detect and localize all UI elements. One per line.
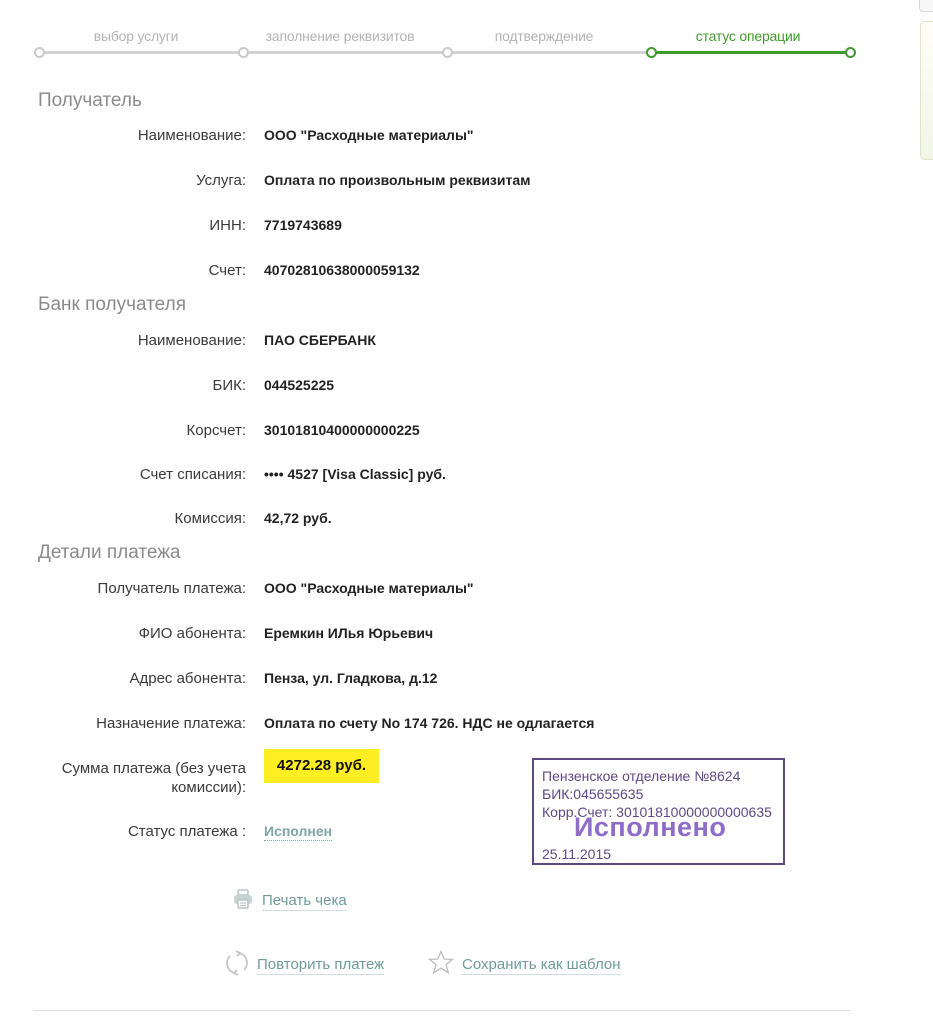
row-label: Наименование: <box>138 332 246 349</box>
detail-row: ИНН: 7719743689 <box>0 217 900 237</box>
row-value: Оплата по счету No 174 726. НДС не одлаг… <box>264 715 594 731</box>
row-label: Получатель платежа: <box>98 580 246 597</box>
step-dot <box>442 47 453 58</box>
amount-value: 4272.28 руб. <box>264 749 379 783</box>
step-label: статус операции <box>646 28 850 44</box>
stamp-executed: Исполнено <box>574 812 726 842</box>
row-value: 044525225 <box>264 377 334 393</box>
section-title-bank: Банк получателя <box>38 294 186 316</box>
status-link[interactable]: Исполнен <box>264 823 332 841</box>
row-value: 42,72 руб. <box>264 510 332 526</box>
row-value: 30101810400000000225 <box>264 422 420 438</box>
detail-row: Корсчет: 30101810400000000225 <box>0 422 900 442</box>
row-label: Комиссия: <box>175 510 246 527</box>
detail-row: Комиссия: 42,72 руб. <box>0 510 900 530</box>
detail-row: Услуга: Оплата по произвольным реквизита… <box>0 172 900 192</box>
step-confirmation: подтверждение <box>442 20 646 64</box>
print-receipt-button[interactable]: Печать чека <box>232 889 347 914</box>
save-template-link[interactable]: Сохранить как шаблон <box>462 956 621 975</box>
stamp-date: 25.11.2015 <box>542 845 611 863</box>
row-value: 40702810638000059132 <box>264 262 420 278</box>
step-dot <box>646 47 657 58</box>
print-receipt-link[interactable]: Печать чека <box>262 892 347 911</box>
detail-row: Счет списания: •••• 4527 [Visa Classic] … <box>0 466 900 486</box>
detail-row: Назначение платежа: Оплата по счету No 1… <box>0 715 900 735</box>
status-label: Статус платежа : <box>128 823 246 840</box>
refresh-icon <box>225 950 249 981</box>
repeat-payment-button[interactable]: Повторить платеж <box>225 950 384 981</box>
stamp-branch: Пензенское отделение №8624 <box>542 767 783 785</box>
step-line <box>650 51 850 54</box>
step-label: выбор услуги <box>34 28 238 44</box>
row-label: Назначение платежа: <box>96 715 246 732</box>
detail-row: БИК: 044525225 <box>0 377 900 397</box>
step-line <box>38 51 238 54</box>
row-label: Услуга: <box>196 172 246 189</box>
row-value: 7719743689 <box>264 217 342 233</box>
row-label: ФИО абонента: <box>139 625 246 642</box>
detail-row: Адрес абонента: Пенза, ул. Гладкова, д.1… <box>0 670 900 690</box>
side-panel-top-button[interactable] <box>919 0 933 12</box>
detail-row: Наименование: ПАО СБЕРБАНК <box>0 332 900 352</box>
step-line <box>242 51 442 54</box>
detail-row: Счет: 40702810638000059132 <box>0 262 900 282</box>
row-label: Корсчет: <box>187 422 246 439</box>
step-line <box>446 51 646 54</box>
section-title-payment-details: Детали платежа <box>38 542 180 564</box>
step-label: подтверждение <box>442 28 646 44</box>
step-dot <box>34 47 45 58</box>
repeat-payment-link[interactable]: Повторить платеж <box>257 956 384 975</box>
step-label: заполнение реквизитов <box>238 28 442 44</box>
detail-row: Наименование: ООО "Расходные материалы" <box>0 127 900 147</box>
row-value: ООО "Расходные материалы" <box>264 580 474 596</box>
row-label: Адрес абонента: <box>129 670 246 687</box>
bank-stamp: Пензенское отделение №8624 БИК:045655635… <box>532 758 785 865</box>
star-icon <box>428 950 454 980</box>
progress-stepper: выбор услуги заполнение реквизитов подтв… <box>34 20 850 64</box>
row-value: ПАО СБЕРБАНК <box>264 332 376 348</box>
row-label: Счет: <box>209 262 246 279</box>
step-end-dot <box>845 47 856 58</box>
row-label: Наименование: <box>138 127 246 144</box>
detail-row: ФИО абонента: Еремкин ИЛья Юрьевич <box>0 625 900 645</box>
step-fill-details: заполнение реквизитов <box>238 20 442 64</box>
printer-icon <box>232 889 254 914</box>
step-dot <box>238 47 249 58</box>
row-value: •••• 4527 [Visa Classic] руб. <box>264 466 446 482</box>
step-service-select: выбор услуги <box>34 20 238 64</box>
stamp-bik: БИК:045655635 <box>542 785 783 803</box>
row-label: Счет списания: <box>140 466 246 483</box>
section-title-recipient: Получатель <box>38 90 142 112</box>
step-operation-status: статус операции <box>646 20 850 64</box>
side-panel <box>920 21 933 160</box>
save-template-button[interactable]: Сохранить как шаблон <box>428 950 621 980</box>
row-value: Пенза, ул. Гладкова, д.12 <box>264 670 437 686</box>
row-value: Оплата по произвольным реквизитам <box>264 172 531 188</box>
row-value: Еремкин ИЛья Юрьевич <box>264 625 433 641</box>
detail-row: Получатель платежа: ООО "Расходные матер… <box>0 580 900 600</box>
row-label: ИНН: <box>209 217 246 234</box>
row-value: ООО "Расходные материалы" <box>264 127 474 143</box>
amount-label: Сумма платежа (без учета комиссии): <box>26 759 246 797</box>
bottom-divider <box>34 1010 851 1011</box>
row-label: БИК: <box>212 377 246 394</box>
